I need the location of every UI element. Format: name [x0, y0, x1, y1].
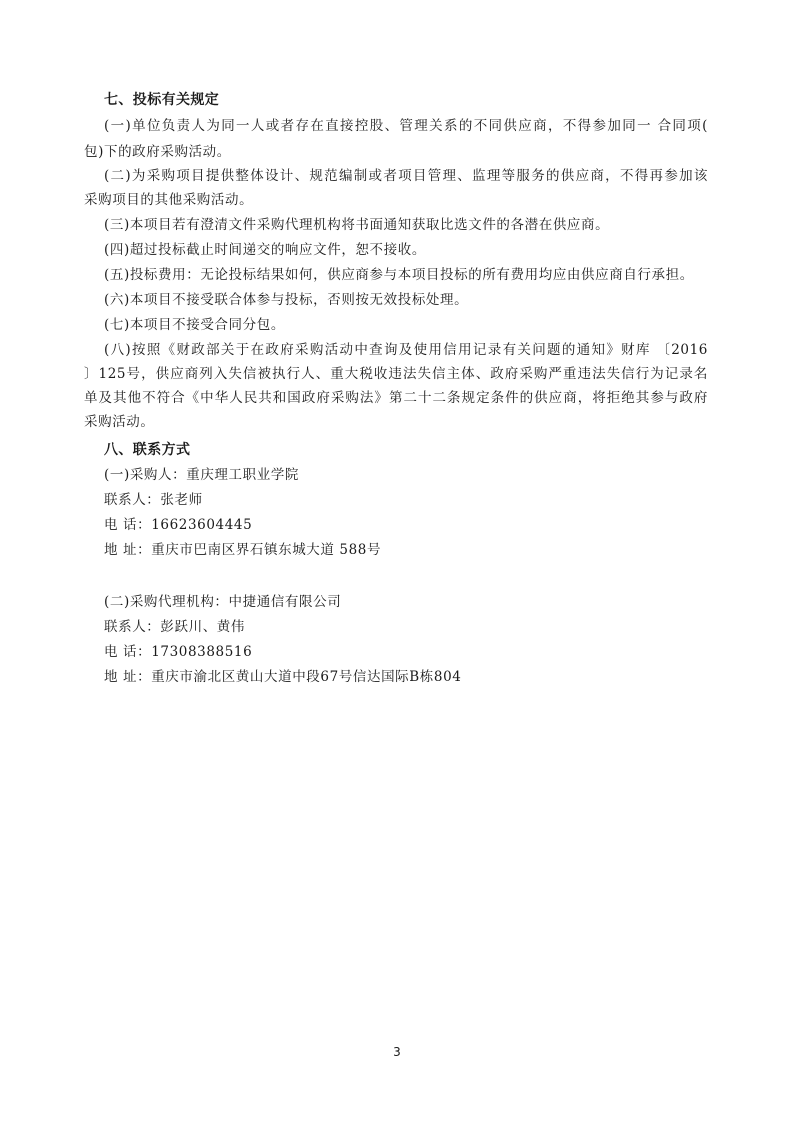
section7-item1-line2: 包)下的政府采购活动。 [84, 142, 231, 162]
agency-phone: 电 话：17308388516 [104, 642, 252, 662]
section7-item8-line4: 采购活动。 [84, 412, 155, 432]
section7-item6: (六)本项目不接受联合体参与投标，否则按无效投标处理。 [104, 290, 468, 310]
purchaser-address: 地 址：重庆市巴南区界石镇东城大道 588号 [104, 540, 381, 560]
section7-item8-line3: 单及其他不符合《中华人民共和国政府采购法》第二十二条规定条件的供应商，将拒绝其参… [84, 388, 708, 408]
purchaser-contact: 联系人：张老师 [104, 490, 203, 510]
section7-item3: (三)本项目若有澄清文件采购代理机构将书面通知获取比选文件的各潜在供应商。 [104, 215, 609, 235]
section7-item8-line1: (八)按照《财政部关于在政府采购活动中查询及使用信用记录有关问题的通知》财库 〔… [104, 340, 708, 360]
agency-address: 地 址：重庆市渝北区黄山大道中段67号信达国际B栋804 [104, 667, 461, 687]
section7-item8-line2: 〕125号，供应商列入失信被执行人、重大税收违法失信主体、政府采购严重违法失信行… [84, 364, 708, 384]
section7-item2-line2: 采购项目的其他采购活动。 [84, 190, 253, 210]
section7-item4: (四)超过投标截止时间递交的响应文件，恕不接收。 [104, 240, 426, 260]
section7-heading: 七、投标有关规定 [104, 90, 219, 110]
section7-item1-line1: (一)单位负责人为同一人或者存在直接控股、管理关系的不同供应商，不得参加同一 合… [104, 116, 708, 136]
section7-item2-line1: (二)为采购项目提供整体设计、规范编制或者项目管理、监理等服务的供应商，不得再参… [104, 166, 708, 186]
purchaser-phone: 电 话：16623604445 [104, 515, 252, 535]
section8-heading: 八、联系方式 [104, 440, 190, 460]
document-page: 七、投标有关规定 (一)单位负责人为同一人或者存在直接控股、管理关系的不同供应商… [0, 0, 794, 1122]
section7-item5: (五)投标费用：无论投标结果如何，供应商参与本项目投标的所有费用均应由供应商自行… [104, 265, 694, 285]
page-number: 3 [0, 1045, 794, 1059]
agency-contact: 联系人：彭跃川、黄伟 [104, 617, 245, 637]
purchaser-title: (一)采购人：重庆理工职业学院 [104, 465, 299, 485]
section7-item7: (七)本项目不接受合同分包。 [104, 315, 285, 335]
agency-title: (二)采购代理机构：中捷通信有限公司 [104, 592, 341, 612]
